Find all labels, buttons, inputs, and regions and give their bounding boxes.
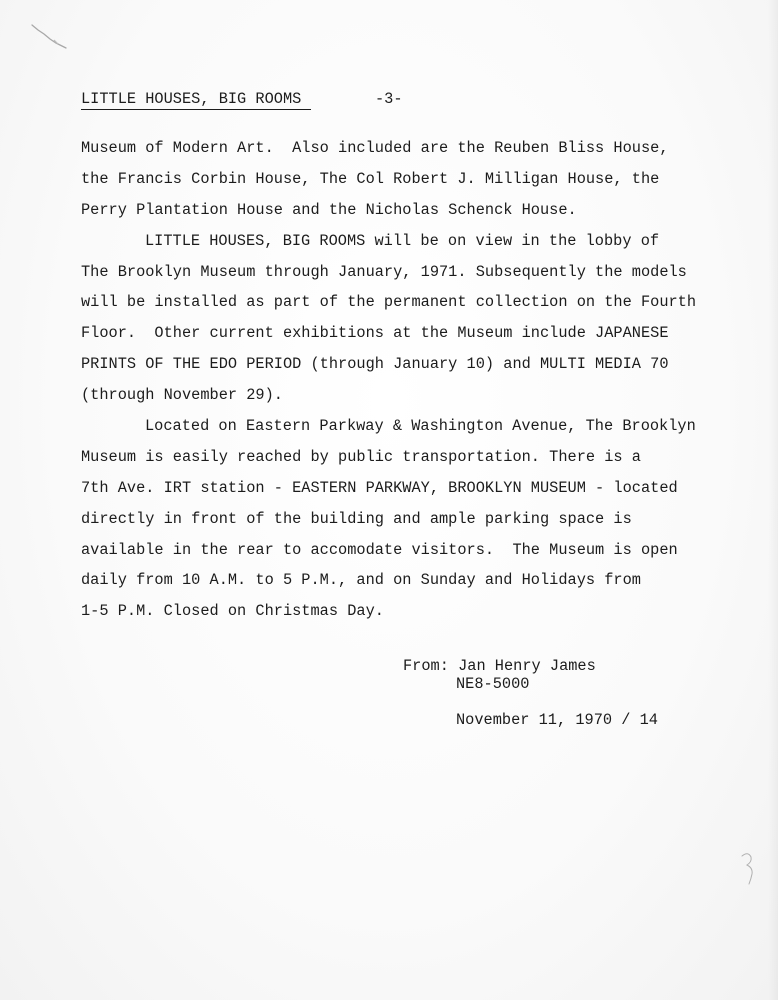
paper-edge-shadow <box>768 0 778 1000</box>
paragraph-houses-list: Museum of Modern Art. Also included are … <box>81 133 721 226</box>
paragraph-location-hours: Located on Eastern Parkway & Washington … <box>81 411 721 627</box>
body-text: Museum of Modern Art. Also included are … <box>81 133 721 627</box>
text-line: daily from 10 A.M. to 5 P.M., and on Sun… <box>81 565 721 596</box>
text-line: 1-5 P.M. Closed on Christmas Day. <box>81 596 721 627</box>
text-line: available in the rear to accomodate visi… <box>81 535 721 566</box>
text-line: PRINTS OF THE EDO PERIOD (through Januar… <box>81 349 721 380</box>
text-line: The Brooklyn Museum through January, 197… <box>81 257 721 288</box>
text-line: the Francis Corbin House, The Col Robert… <box>81 164 721 195</box>
text-line: will be installed as part of the permane… <box>81 287 721 318</box>
text-line: Museum of Modern Art. Also included are … <box>81 133 721 164</box>
sender-name: Jan Henry James <box>458 657 596 675</box>
signature-block: From: Jan Henry James NE8-5000 November … <box>403 657 658 729</box>
running-title: LITTLE HOUSES, BIG ROOMS <box>81 89 311 110</box>
text-line: Floor. Other current exhibitions at the … <box>81 318 721 349</box>
paragraph-exhibition-dates: LITTLE HOUSES, BIG ROOMS will be on view… <box>81 226 721 411</box>
handwritten-mark-icon <box>740 852 756 886</box>
text-line: 7th Ave. IRT station - EASTERN PARKWAY, … <box>81 473 721 504</box>
text-line: Museum is easily reached by public trans… <box>81 442 721 473</box>
from-line: From: Jan Henry James <box>403 657 658 675</box>
text-line: Located on Eastern Parkway & Washington … <box>81 411 721 442</box>
text-line: directly in front of the building and am… <box>81 504 721 535</box>
release-date: November 11, 1970 / 14 <box>403 711 658 729</box>
from-label: From: <box>403 657 449 675</box>
sender-phone: NE8-5000 <box>403 675 658 693</box>
page-number: -3- <box>375 89 403 109</box>
text-line: (through November 29). <box>81 380 721 411</box>
text-line: Perry Plantation House and the Nicholas … <box>81 195 721 226</box>
pencil-scratch-icon <box>30 22 70 52</box>
document-page: LITTLE HOUSES, BIG ROOMS -3- Museum of M… <box>0 0 778 1000</box>
text-line: LITTLE HOUSES, BIG ROOMS will be on view… <box>81 226 721 257</box>
